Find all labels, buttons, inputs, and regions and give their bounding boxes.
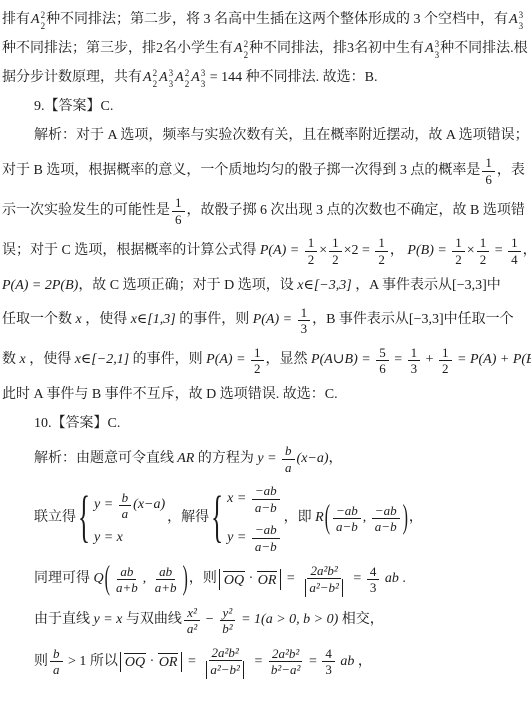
- math-text: 1: [332, 235, 339, 250]
- math-text: ab: [159, 564, 172, 579]
- math-run: a²−b²: [309, 580, 339, 596]
- text-run: 中: [487, 277, 501, 296]
- fraction-denominator: a²: [184, 621, 200, 637]
- text-run: 由于直线: [34, 611, 90, 630]
- math-text: 4: [511, 252, 518, 267]
- math-text: −ab: [255, 522, 277, 537]
- fraction-numerator: −ab: [333, 503, 361, 520]
- math-run: ab: [337, 653, 358, 672]
- math-text: 3: [301, 321, 308, 336]
- fraction-numerator: 1: [439, 345, 452, 362]
- text-run: 联立得: [34, 509, 76, 528]
- text-line: 由于直线 y = x 与双曲线x²a² − y²b² = 1(a > 0, b …: [2, 605, 529, 637]
- math-text: 3: [325, 662, 332, 677]
- system-row: y = −aba−b: [227, 522, 281, 554]
- superscript: 3: [201, 68, 206, 78]
- fraction-denominator: 2: [305, 252, 318, 268]
- math-run: R: [312, 509, 324, 528]
- text-run: 与双曲线: [126, 611, 182, 630]
- math-text: 2a²b²: [310, 563, 337, 578]
- math-text: a−b: [375, 519, 397, 534]
- text-run: 9.【答案】C.: [34, 98, 113, 117]
- math-run: x =: [227, 490, 250, 509]
- fraction: 13: [408, 345, 421, 377]
- absolute-value-bars: OQ · OR: [120, 652, 183, 673]
- math-run: ab: [381, 570, 402, 589]
- fraction-numerator: −ab: [372, 503, 400, 520]
- fraction-denominator: 2: [452, 252, 465, 268]
- math-text: 4: [325, 646, 332, 661]
- fraction-numerator: 1: [508, 235, 521, 252]
- fraction-numerator: 1: [452, 235, 465, 252]
- math-run: =: [391, 351, 406, 370]
- equation-system: {x = −aba−by = −aba−b: [211, 483, 281, 554]
- text-run: 种不同排法；第三步，排2名小学生有: [2, 40, 233, 59]
- symbol-scripts: 33: [519, 10, 524, 31]
- fraction-denominator: a−b: [252, 539, 280, 555]
- math-run: ,: [143, 570, 150, 589]
- math-text: a: [285, 460, 292, 475]
- fraction-numerator: 4: [322, 646, 335, 663]
- subscript: 2: [185, 79, 190, 89]
- text-run: 种不同排法.根: [440, 40, 528, 59]
- text-line: 同理可得 Q(aba+b, aba+b)，则OQ · OR = 2a²b²a²−…: [2, 563, 529, 597]
- math-solution-document: 排有A22种不同排法；第二步，将 3 名高中生插在这两个整体形成的 3 个空档中…: [0, 0, 531, 679]
- math-text: 1: [175, 195, 182, 210]
- fraction-numerator: ab: [117, 564, 136, 581]
- math-text: −ab: [336, 503, 358, 518]
- math-run: =: [491, 242, 506, 261]
- text-line: 任取一个数 x ，使得 x∈[1,3] 的事件，则 P(A) = 13，B 事件…: [2, 305, 529, 337]
- math-run: [−3,3]: [409, 311, 444, 330]
- fraction: 12: [375, 235, 388, 267]
- fraction: 2a²b²a²−b²: [300, 563, 348, 597]
- fraction-denominator: 2: [251, 361, 264, 377]
- fraction-numerator: b: [50, 646, 63, 663]
- symbol-base: A: [175, 69, 184, 88]
- symbol-scripts: 22: [41, 10, 46, 31]
- fraction: 12: [439, 345, 452, 377]
- symbol-base: A: [191, 69, 200, 88]
- math-text: 2: [332, 252, 339, 267]
- symbol-scripts: 22: [244, 39, 249, 60]
- math-text: y²: [223, 605, 233, 620]
- text-run: 10.【答案】C.: [34, 415, 120, 434]
- symbol-scripts: 33: [169, 68, 174, 89]
- fraction: −aba−b: [333, 503, 361, 535]
- text-line: 种不同排法；第三步，排2名小学生有A22种不同排法，排3名初中生有A33种不同排…: [2, 39, 529, 60]
- fraction-numerator: 1: [172, 195, 185, 212]
- fraction-denominator: 4: [508, 252, 521, 268]
- fraction-numerator: 1: [329, 235, 342, 252]
- fraction-denominator: 3: [367, 580, 380, 596]
- fraction-numerator: −ab: [252, 522, 280, 539]
- fraction-numerator: 5: [376, 345, 389, 362]
- fraction-denominator: a−b: [372, 519, 400, 535]
- math-run: P(B) =: [407, 242, 450, 261]
- superscript: 2: [244, 39, 249, 49]
- math-run: > 1: [65, 653, 90, 672]
- fraction-denominator: 2: [477, 252, 490, 268]
- math-run: ×: [467, 242, 475, 261]
- text-run: 种不同排法. 故选：B.: [246, 69, 378, 88]
- fraction-numerator: 1: [305, 235, 318, 252]
- math-run: y =: [254, 450, 280, 469]
- system-row: y = ba(x−a): [94, 490, 165, 522]
- math-run: [−3,3]: [452, 277, 487, 296]
- math-run: x: [72, 311, 85, 330]
- math-run: +: [422, 351, 437, 370]
- superscript: 2: [41, 10, 46, 20]
- text-line: 此时 A 事件与 B 事件不互斥，故 D 选项错误. 故选：C.: [2, 385, 529, 406]
- math-run: y = x: [94, 529, 123, 548]
- math-text: 5: [379, 345, 386, 360]
- text-line: 数 x ，使得 x∈[−2,1] 的事件，则 P(A) = 12，显然 P(A∪…: [2, 345, 529, 377]
- equation-system: {y = ba(x−a)y = x: [78, 490, 165, 548]
- fraction-numerator: 1: [375, 235, 388, 252]
- fraction-denominator: a−b: [333, 519, 361, 535]
- math-run: = 1(a > 0, b > 0): [238, 611, 342, 630]
- fraction-denominator: a+b: [152, 580, 180, 596]
- superscript: 2: [185, 68, 190, 78]
- math-text: 2: [455, 252, 462, 267]
- fraction: 16: [172, 195, 185, 227]
- fraction-denominator: a+b: [113, 580, 141, 596]
- math-run: x∈[−3,3]: [294, 277, 355, 296]
- math-run: y =: [227, 529, 250, 548]
- math-text: b²: [222, 621, 232, 636]
- fraction: 12: [251, 345, 264, 377]
- fraction-denominator: 3: [408, 361, 421, 377]
- text-run: 的事件，则: [179, 311, 249, 330]
- fraction-denominator: a: [282, 460, 295, 476]
- vector-overline: OQ: [223, 571, 245, 588]
- math-text: 2a²b²: [272, 646, 299, 661]
- fraction-numerator: 1: [251, 345, 264, 362]
- system-row: x = −aba−b: [227, 483, 281, 515]
- text-run: ，故骰子掷 6 次出现 3 点的次数也不确定，故 B 选项错: [187, 202, 525, 221]
- fraction: 12: [452, 235, 465, 267]
- subscript: 2: [153, 79, 158, 89]
- fraction-numerator: 1: [482, 155, 495, 172]
- math-run: P(A) =: [256, 242, 302, 261]
- text-run: 相交，: [342, 611, 384, 630]
- math-text: 3: [370, 580, 377, 595]
- math-run: x: [16, 351, 29, 370]
- permutation-symbol: A22: [234, 39, 248, 60]
- fraction-denominator: b²: [219, 621, 235, 637]
- fraction-numerator: 2a²b²: [269, 646, 302, 663]
- fraction-denominator: a: [119, 506, 132, 522]
- math-run: =: [305, 653, 320, 672]
- math-run: ·: [245, 570, 257, 589]
- text-run: 据分步计数原理，共有: [2, 69, 142, 88]
- fraction-numerator: 4: [367, 564, 380, 581]
- fraction-numerator: −ab: [252, 483, 280, 500]
- math-text: a−b: [255, 539, 277, 554]
- math-run: y = x: [90, 611, 126, 630]
- fraction: 43: [367, 564, 380, 596]
- math-text: a: [122, 506, 129, 521]
- fraction: aba+b: [152, 564, 180, 596]
- symbol-scripts: 22: [185, 68, 190, 89]
- math-text: ab: [120, 564, 133, 579]
- text-line: 示一次实验发生的可能性是16，故骰子掷 6 次出现 3 点的次数也不确定，故 B…: [2, 195, 529, 227]
- fraction: 13: [298, 305, 311, 337]
- math-text: 1: [254, 345, 261, 360]
- permutation-symbol: A22: [175, 68, 189, 89]
- text-run: 所以: [90, 653, 118, 672]
- fraction: ba: [282, 443, 295, 475]
- fraction-denominator: a−b: [252, 500, 280, 516]
- fraction: 2a²b²b²−a²: [268, 646, 304, 678]
- fraction: x²a²: [184, 605, 200, 637]
- fraction-denominator: 6: [376, 361, 389, 377]
- symbol-base: A: [234, 40, 243, 59]
- fraction-denominator: 6: [482, 172, 495, 188]
- math-text: −ab: [375, 503, 397, 518]
- math-text: a: [53, 662, 60, 677]
- text-run: ，A 事件表示从: [355, 277, 452, 296]
- math-text: b²−a²: [271, 662, 301, 677]
- math-text: 1: [485, 155, 492, 170]
- subscript: 3: [435, 50, 440, 60]
- text-run: 种不同排法；第二步，将 3 名高中生插在这两个整体形成的 3 个空档中，有: [46, 11, 508, 30]
- open-paren-icon: (: [325, 496, 330, 541]
- text-line: 9.【答案】C.: [2, 97, 529, 118]
- math-run: =: [184, 653, 199, 672]
- math-text: b: [122, 490, 129, 505]
- fraction-numerator: 1: [298, 305, 311, 322]
- text-line: 解析：由题意可令直线 AR 的方程为 y = ba(x−a)，: [2, 443, 529, 475]
- text-run: 解析：由题意可令直线: [34, 450, 174, 469]
- text-run: ，即: [284, 509, 312, 528]
- fraction-numerator: ab: [156, 564, 175, 581]
- math-text: 3: [411, 361, 418, 376]
- text-run: 种不同排法，排3名初中生有: [249, 40, 424, 59]
- math-run: ,: [363, 509, 370, 528]
- fraction-numerator: b: [282, 443, 295, 460]
- fraction-numerator: 1: [408, 345, 421, 362]
- vector-overline: OR: [257, 571, 278, 588]
- symbol-scripts: 33: [201, 68, 206, 89]
- text-run: 误；对于 C 选项，根据概率的计算公式得: [2, 242, 256, 261]
- symbol-scripts: 33: [435, 39, 440, 60]
- text-line: 联立得{y = ba(x−a)y = x，解得{x = −aba−by = −a…: [2, 483, 529, 554]
- text-run: ，故: [523, 242, 531, 261]
- permutation-symbol: A33: [425, 39, 439, 60]
- math-run: =: [350, 570, 365, 589]
- math-text: 2a²b²: [212, 645, 239, 660]
- paren-group: (−aba−b, −aba−b): [324, 503, 409, 535]
- fraction-denominator: 2: [375, 252, 388, 268]
- fraction: y²b²: [219, 605, 235, 637]
- permutation-symbol: A33: [191, 68, 205, 89]
- system-rows: x = −aba−by = −aba−b: [227, 483, 281, 554]
- text-run: ，使得: [29, 351, 71, 370]
- symbol-base: A: [159, 69, 168, 88]
- text-line: 据分步计数原理，共有A22A33A22A33 = 144 种不同排法. 故选：B…: [2, 68, 529, 89]
- math-text: 2: [308, 252, 315, 267]
- fraction-numerator: x²: [184, 605, 200, 622]
- fraction: ba: [119, 490, 132, 522]
- fraction-denominator: 3: [322, 662, 335, 678]
- text-run: ，表: [497, 162, 525, 181]
- subscript: 3: [201, 79, 206, 89]
- math-text: 2: [378, 252, 385, 267]
- text-run: ，故 C 选项正确；对于 D 选项，设: [78, 277, 293, 296]
- text-run: 中任取一个: [444, 311, 514, 330]
- text-run: 同理可得: [34, 570, 90, 589]
- text-line: 10.【答案】C.: [2, 414, 529, 435]
- text-run: ，解得: [167, 509, 209, 528]
- math-run: =: [283, 570, 298, 589]
- math-run: AR: [174, 450, 198, 469]
- math-text: −ab: [255, 483, 277, 498]
- fraction-numerator: 2a²b²: [209, 645, 242, 662]
- superscript: 3: [435, 39, 440, 49]
- fraction: ba: [50, 646, 63, 678]
- math-run: P(A∪B) =: [308, 351, 375, 370]
- text-run: ，: [329, 450, 343, 469]
- text-run: ，使得: [85, 311, 127, 330]
- text-run: 的事件，则: [133, 351, 203, 370]
- fraction: 56: [376, 345, 389, 377]
- text-run: 示一次实验发生的可能性是: [2, 202, 170, 221]
- subscript: 2: [41, 21, 46, 31]
- fraction-numerator: 2a²b²: [307, 563, 340, 580]
- subscript: 3: [519, 21, 524, 31]
- math-text: 1: [442, 345, 449, 360]
- system-rows: y = ba(x−a)y = x: [94, 490, 165, 548]
- vector-overline: OQ: [124, 653, 146, 670]
- text-line: 则ba > 1 所以OQ · OR = 2a²b²a²−b² = 2a²b²b²…: [2, 645, 529, 679]
- text-run: ，: [409, 509, 423, 528]
- symbol-base: A: [425, 40, 434, 59]
- text-run: ，B 事件表示从: [312, 311, 409, 330]
- math-run: (x−a): [297, 450, 329, 469]
- math-run: Q: [90, 570, 104, 589]
- math-text: a+b: [116, 580, 138, 595]
- math-text: 1: [308, 235, 315, 250]
- math-text: a−b: [255, 500, 277, 515]
- math-run: = P(A) + P(B): [454, 351, 531, 370]
- text-run: 排有: [2, 11, 30, 30]
- fraction-denominator: a: [50, 662, 63, 678]
- vector-overline: OR: [158, 653, 179, 670]
- fraction-denominator: 6: [172, 212, 185, 228]
- fraction-denominator: a²−b²: [201, 661, 249, 679]
- close-paren-icon: ): [183, 557, 188, 602]
- math-run: x∈[−2,1]: [71, 351, 132, 370]
- text-run: ，显然: [266, 351, 308, 370]
- fraction: −aba−b: [252, 483, 280, 515]
- math-run: = 144: [206, 69, 245, 88]
- fraction: 12: [305, 235, 318, 267]
- symbol-base: A: [509, 11, 518, 30]
- permutation-symbol: A33: [509, 10, 523, 31]
- fraction: 12: [329, 235, 342, 267]
- fraction-denominator: b²−a²: [268, 662, 304, 678]
- fraction-denominator: 3: [298, 321, 311, 337]
- superscript: 3: [519, 10, 524, 20]
- math-run: ×: [319, 242, 327, 261]
- text-run: 数: [2, 351, 16, 370]
- paren-content: −aba−b, −aba−b: [331, 503, 402, 535]
- fraction: 14: [508, 235, 521, 267]
- math-text: 1: [411, 345, 418, 360]
- text-run: 对于 B 选项，根据概率的意义，一个质地均匀的骰子掷一次得到 3 点的概率是: [2, 162, 480, 181]
- text-line: P(A) = 2P(B)，故 C 选项正确；对于 D 选项，设 x∈[−3,3]…: [2, 276, 529, 297]
- permutation-symbol: A33: [159, 68, 173, 89]
- paren-group: (aba+b, aba+b): [104, 564, 189, 596]
- math-run: y =: [94, 496, 117, 515]
- math-text: 1: [455, 235, 462, 250]
- math-run: ×2 =: [344, 242, 374, 261]
- fraction-denominator: 2: [439, 361, 452, 377]
- math-text: 2: [480, 252, 487, 267]
- math-text: 6: [175, 212, 182, 227]
- math-text: 1: [378, 235, 385, 250]
- subscript: 3: [169, 79, 174, 89]
- subscript: 2: [244, 50, 249, 60]
- fraction-denominator: 2: [329, 252, 342, 268]
- math-run: =: [251, 653, 266, 672]
- text-line: 误；对于 C 选项，根据概率的计算公式得 P(A) = 12×12×2 = 12…: [2, 235, 529, 267]
- fraction: 2a²b²a²−b²: [201, 645, 249, 679]
- math-text: 2: [254, 361, 261, 376]
- math-text: 6: [485, 172, 492, 187]
- permutation-symbol: A22: [143, 68, 157, 89]
- math-text: 1: [301, 305, 308, 320]
- absolute-value-bars: OQ · OR: [219, 569, 282, 590]
- math-run: P(A) = 2P(B): [2, 277, 78, 296]
- text-run: ，: [358, 653, 372, 672]
- text-line: 解析：对于 A 选项，频率与实验次数有关，且在概率附近摆动，故 A 选项错误；: [2, 126, 529, 147]
- math-text: a−b: [336, 519, 358, 534]
- fraction-numerator: 1: [477, 235, 490, 252]
- text-run: ，则: [189, 570, 217, 589]
- text-run: ，: [390, 242, 408, 261]
- brace-icon: {: [211, 480, 223, 558]
- text-run: 任取一个数: [2, 311, 72, 330]
- text-run: 则: [34, 653, 48, 672]
- math-text: 2: [442, 361, 449, 376]
- fraction: −aba−b: [252, 522, 280, 554]
- math-text: 6: [379, 361, 386, 376]
- math-run: x∈[1,3]: [127, 311, 179, 330]
- math-run: −: [202, 611, 217, 630]
- text-line: 排有A22种不同排法；第二步，将 3 名高中生插在这两个整体形成的 3 个空档中…: [2, 10, 529, 31]
- math-run: a²−b²: [210, 662, 240, 678]
- symbol-scripts: 22: [153, 68, 158, 89]
- fraction: 12: [477, 235, 490, 267]
- math-run: (x−a): [133, 496, 165, 515]
- fraction: −aba−b: [372, 503, 400, 535]
- fraction-numerator: y²: [220, 605, 236, 622]
- math-run: ·: [146, 653, 158, 672]
- text-run: 的方程为: [198, 450, 254, 469]
- fraction: aba+b: [113, 564, 141, 596]
- text-run: .: [402, 570, 406, 589]
- close-paren-icon: ): [403, 496, 408, 541]
- paren-content: aba+b, aba+b: [111, 564, 182, 596]
- fraction: 43: [322, 646, 335, 678]
- math-text: 1: [480, 235, 487, 250]
- absolute-value-bars: a²−b²: [206, 661, 244, 679]
- permutation-symbol: A22: [31, 10, 45, 31]
- superscript: 3: [169, 68, 174, 78]
